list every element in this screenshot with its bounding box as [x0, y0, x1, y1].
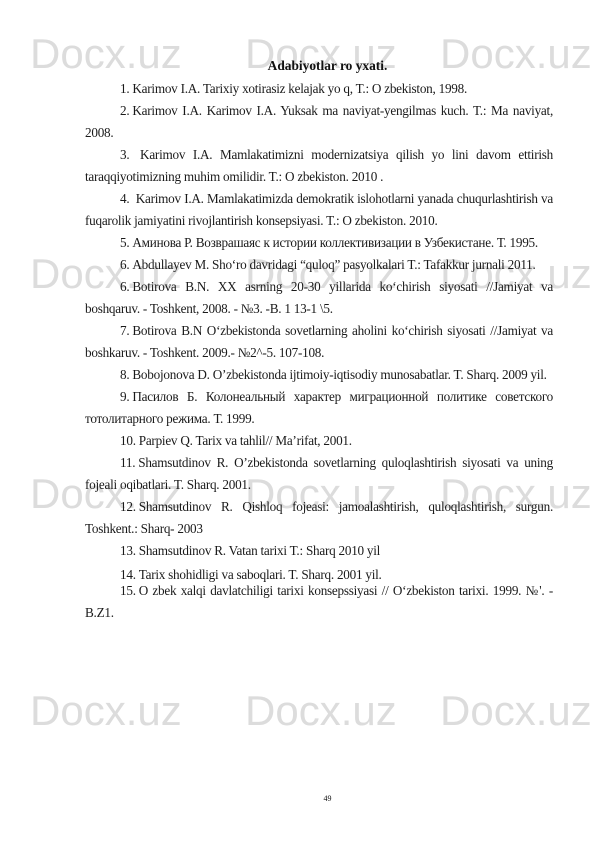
page-number: 49: [30, 794, 595, 803]
document-page: Adabiyotlar ro yxati. 1.Karimov I.A. Tar…: [0, 0, 595, 842]
reference-number: 5.: [120, 235, 129, 250]
reference-item: 9.Пасилов Б. Колонеальный характер мигра…: [85, 386, 553, 430]
reference-item: 15.O zbek xalqi davlatchiligi tarixi kon…: [85, 580, 553, 624]
reference-list: 1.Karimov I.A. Tarixiy xotirasiz kelajak…: [85, 78, 553, 624]
reference-item: 11.Shamsutdinov R. O’zbekistonda sovetla…: [85, 452, 553, 496]
reference-item: 10.Parpiev Q. Tarix va tahlil// Ma’rifat…: [85, 430, 553, 452]
reference-number: 3.: [120, 147, 129, 162]
reference-text: Abdullayev M. Sho‘ro davridagi “quloq” p…: [132, 257, 535, 272]
page-title: Adabiyotlar ro yxati.: [30, 57, 595, 75]
reference-text: Parpiev Q. Tarix va tahlil// Ma’rifat, 2…: [139, 433, 352, 448]
reference-number: 10.: [120, 433, 136, 448]
reference-item: 1.Karimov I.A. Tarixiy xotirasiz kelajak…: [85, 78, 553, 100]
reference-text: Shamsutdinov R. Qishloq fojeasi: jamoala…: [85, 499, 553, 536]
reference-number: 11.: [120, 455, 135, 470]
reference-text: Karimov I.A. Mamlakatimizni modernizatsi…: [85, 147, 553, 184]
reference-text: Bobojonova D. O’zbekistonda ijtimoiy-iqt…: [132, 367, 546, 382]
reference-number: 15.: [120, 583, 136, 598]
reference-item: 4. Karimov I.A. Mamlakatimizda demokrati…: [85, 188, 553, 232]
reference-item: 8.Bobojonova D. O’zbekistonda ijtimoiy-i…: [85, 364, 553, 386]
reference-text: Karimov I.A. Karimov I.A. Yuksak ma navi…: [85, 103, 553, 140]
reference-number: 13.: [120, 543, 136, 558]
reference-item: 3. Karimov I.A. Mamlakatimizni moderniza…: [85, 144, 553, 188]
reference-item: 12.Shamsutdinov R. Qishloq fojeasi: jamo…: [85, 496, 553, 540]
reference-text: Karimov I.A. Mamlakatimizda demokratik i…: [85, 191, 553, 228]
reference-item: 6.Abdullayev M. Sho‘ro davridagi “quloq”…: [85, 254, 553, 276]
reference-text: Shamsutdinov R. Vatan tarixi T.: Sharq 2…: [139, 543, 380, 558]
reference-text: Karimov I.A. Tarixiy xotirasiz kelajak y…: [132, 81, 467, 96]
reference-number: 1.: [120, 81, 129, 96]
reference-number: 9.: [120, 389, 129, 404]
reference-number: 6.: [120, 279, 129, 294]
reference-text: Shamsutdinov R. O’zbekistonda sovetlarni…: [85, 455, 553, 492]
reference-item: 13.Shamsutdinov R. Vatan tarixi T.: Shar…: [85, 540, 553, 562]
reference-number: 8.: [120, 367, 129, 382]
reference-text: Botirova B.N. XX asrning 20-30 yillarida…: [85, 279, 553, 316]
reference-number: 12.: [120, 499, 136, 514]
reference-text: Пасилов Б. Колонеальный характер миграци…: [85, 389, 553, 426]
reference-item: 2.Karimov I.A. Karimov I.A. Yuksak ma na…: [85, 100, 553, 144]
reference-number: 7.: [120, 323, 129, 338]
reference-item: 5.Аминова Р. Возврашаяс к истории коллек…: [85, 232, 553, 254]
reference-number: 2.: [120, 103, 129, 118]
reference-item: 6.Botirova B.N. XX asrning 20-30 yillari…: [85, 276, 553, 320]
reference-text: O zbek xalqi davlatchiligi tarixi konsep…: [85, 583, 553, 620]
reference-item: 7.Botirova B.N O‘zbekistonda sovetlarnin…: [85, 320, 553, 364]
reference-text: Botirova B.N O‘zbekistonda sovetlarning …: [85, 323, 553, 360]
reference-number: 4.: [120, 191, 129, 206]
reference-number: 6.: [120, 257, 129, 272]
reference-text: Аминова Р. Возврашаяс к истории коллекти…: [132, 235, 538, 250]
